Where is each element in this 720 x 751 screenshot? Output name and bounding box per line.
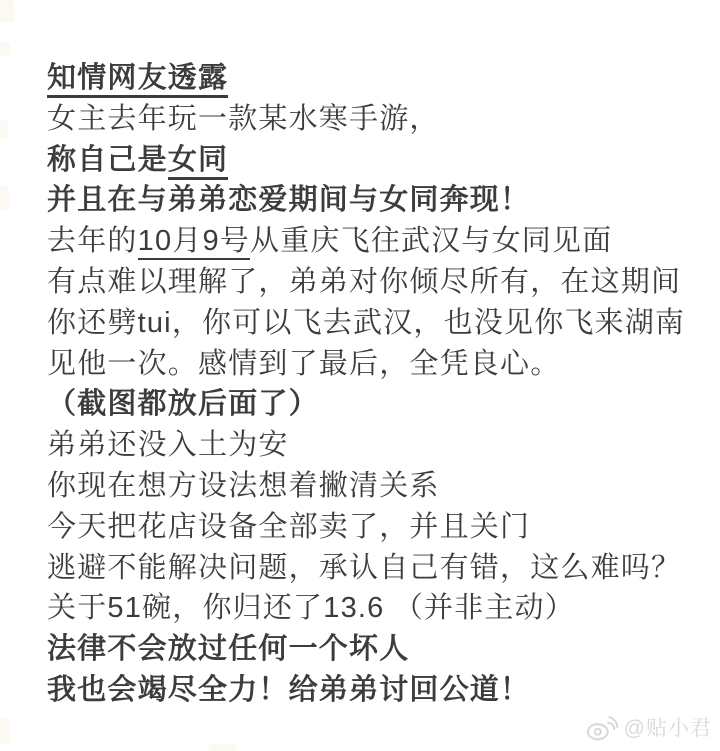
text-segment: 见他一次。感情到了最后，全凭良心。 xyxy=(47,348,560,380)
text-segment: 你现在想方设法想着撇清关系 xyxy=(47,470,440,502)
crop-edge-artifact xyxy=(208,744,236,751)
post-line: 知情网友透露 xyxy=(47,58,695,99)
crop-edge-artifact xyxy=(0,0,14,22)
text-segment: 女同 xyxy=(168,144,228,180)
text-segment: 逃避不能解决问题，承认自己有错，这么难吗？ xyxy=(47,552,681,584)
post-line: 见他一次。感情到了最后，全凭良心。 xyxy=(47,344,695,385)
post-text-body: 知情网友透露女主去年玩一款某水寒手游，称自己是女同并且在与弟弟恋爱期间与女同奔现… xyxy=(47,58,695,711)
text-segment: 知情网友透露 xyxy=(47,62,228,98)
post-line: 关于51碗，你归还了13.6 （并非主动） xyxy=(47,588,695,629)
text-segment: 10月9号 xyxy=(138,225,250,260)
text-segment: （截图都放后面了） xyxy=(47,388,319,420)
text-segment: 法律不会放过任何一个坏人 xyxy=(47,633,409,665)
post-line: 逃避不能解决问题，承认自己有错，这么难吗？ xyxy=(47,548,695,589)
watermark: @贴小君 xyxy=(585,712,712,742)
crop-edge-artifact xyxy=(0,120,8,138)
text-segment: 有点难以理解了，弟弟对你倾尽所有，在这期间 xyxy=(47,266,681,298)
post-line: 你现在想方设法想着撇清关系 xyxy=(47,466,695,507)
weibo-logo-icon xyxy=(585,713,619,742)
text-segment: 今天把花店设备全部卖了，并且关门 xyxy=(47,511,530,543)
post-line: 我也会竭尽全力！给弟弟讨回公道！ xyxy=(47,670,695,711)
post-line: 女主去年玩一款某水寒手游， xyxy=(47,99,695,140)
crop-edge-artifact xyxy=(0,42,10,56)
post-line: 有点难以理解了，弟弟对你倾尽所有，在这期间 xyxy=(47,262,695,303)
text-segment: 并且在与弟弟恋爱期间与女同奔现！ xyxy=(47,184,530,216)
post-line: 称自己是女同 xyxy=(47,140,695,181)
post-line: 去年的10月9号从重庆飞往武汉与女同见面 xyxy=(47,221,695,262)
crop-edge-artifact xyxy=(0,718,10,744)
watermark-handle: @贴小君 xyxy=(624,712,712,742)
post-line: 法律不会放过任何一个坏人 xyxy=(47,629,695,670)
post-line: （截图都放后面了） xyxy=(47,384,695,425)
post-line: 你还劈tui，你可以飞去武汉，也没见你飞来湖南 xyxy=(47,303,695,344)
text-segment: 称自己是 xyxy=(47,144,168,176)
text-segment: 从重庆飞往武汉与女同见面 xyxy=(250,225,612,257)
crop-edge-artifact xyxy=(0,186,9,210)
text-segment: 我也会竭尽全力！给弟弟讨回公道！ xyxy=(47,674,530,706)
text-segment: 去年的 xyxy=(47,225,138,257)
post-line: 弟弟还没入土为安 xyxy=(47,425,695,466)
text-segment: 女主去年玩一款某水寒手游， xyxy=(47,103,440,135)
text-segment: 你还劈tui，你可以飞去武汉，也没见你飞来湖南 xyxy=(47,307,685,339)
post-line: 今天把花店设备全部卖了，并且关门 xyxy=(47,507,695,548)
text-segment: 弟弟还没入土为安 xyxy=(47,429,289,461)
post-image: 知情网友透露女主去年玩一款某水寒手游，称自己是女同并且在与弟弟恋爱期间与女同奔现… xyxy=(0,0,720,751)
text-segment: 关于51碗，你归还了13.6 （并非主动） xyxy=(47,592,575,624)
post-line: 并且在与弟弟恋爱期间与女同奔现！ xyxy=(47,180,695,221)
